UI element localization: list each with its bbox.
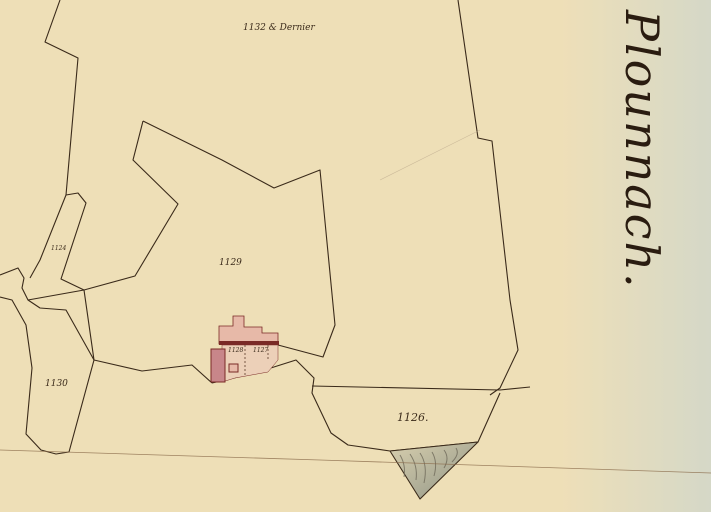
parcel-label-1130: 1130 xyxy=(45,379,68,389)
parcel-label-1129: 1129 xyxy=(219,258,242,268)
parcel-label-1132: 1132 & Dernier xyxy=(243,23,315,33)
parcel-label-1128: 1128 xyxy=(228,347,243,354)
cadastral-map: 1132 & Dernier 1124 1129 1128 1127 1130 … xyxy=(0,0,711,512)
parcel-label-1126: 1126. xyxy=(397,411,429,424)
place-name-label: Plounnach. xyxy=(615,10,669,290)
map-linework xyxy=(0,0,711,512)
building-small xyxy=(229,364,238,372)
parcel-label-1124: 1124 xyxy=(51,245,66,252)
building-west xyxy=(211,349,225,382)
parcel-label-1127: 1127 xyxy=(253,347,268,354)
building-wall xyxy=(219,341,279,345)
